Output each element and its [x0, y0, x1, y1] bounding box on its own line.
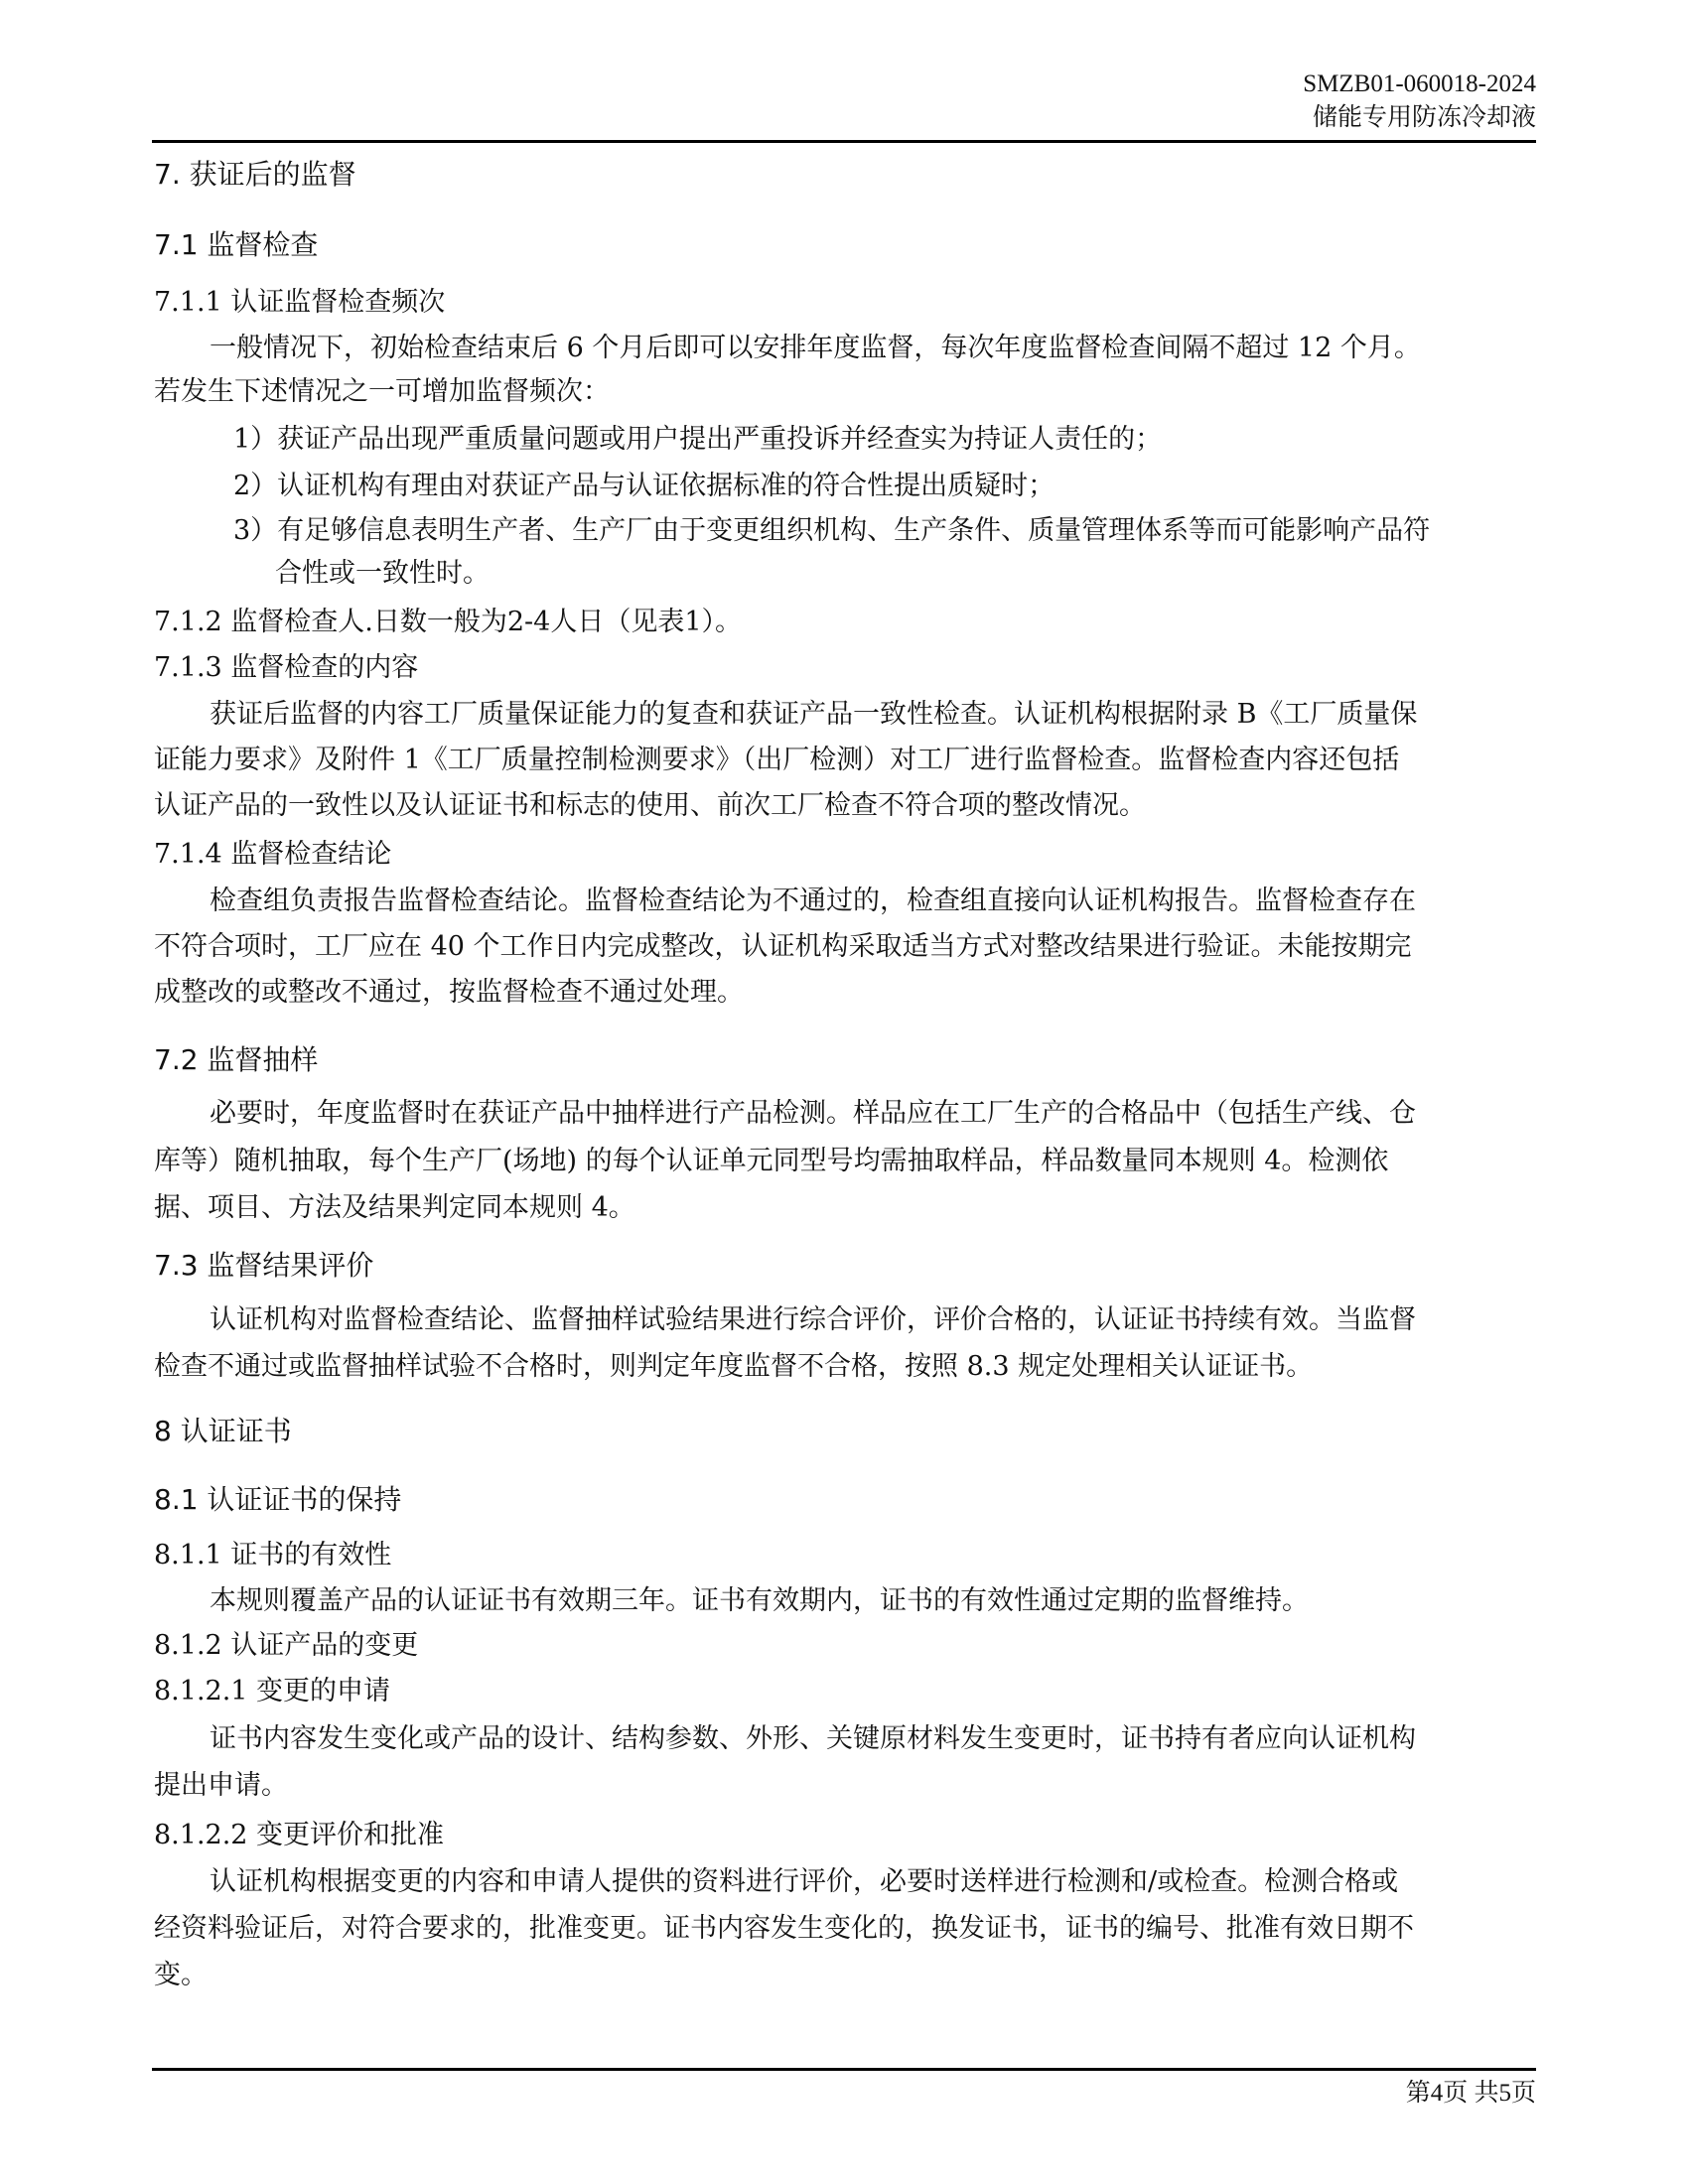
section-8-heading: 8 认证证书	[154, 1412, 292, 1451]
section-8-1-heading: 8.1 认证证书的保持	[154, 1480, 401, 1520]
header-rule	[152, 140, 1536, 143]
doc-title: 储能专用防冻冷却液	[1303, 101, 1536, 135]
paragraph-line: 证能力要求》及附件 1《工厂质量控制检测要求》（出厂检测）对工厂进行监督检查。监…	[154, 741, 1399, 780]
list-item-continuation: 合性或一致性时。	[275, 554, 490, 594]
paragraph: 一般情况下，初始检查结束后 6 个月后即可以安排年度监督，每次年度监督检查间隔不…	[210, 329, 1421, 368]
section-8-1-2-heading: 8.1.2 认证产品的变更	[154, 1626, 418, 1666]
section-7-3-heading: 7.3 监督结果评价	[154, 1246, 373, 1286]
list-item: 2）认证机构有理由对获证产品与认证依据标准的符合性提出质疑时；	[233, 467, 1055, 506]
paragraph-line: 认证机构根据变更的内容和申请人提供的资料进行评价，必要时送样进行检测和/或检查。…	[210, 1862, 1398, 1902]
list-item: 1）获证产品出现严重质量问题或用户提出严重投诉并经查实为持证人责任的；	[233, 420, 1162, 460]
section-8-1-1-heading: 8.1.1 证书的有效性	[154, 1536, 391, 1575]
section-7-1-4-heading: 7.1.4 监督检查结论	[154, 835, 391, 875]
paragraph-line: 提出申请。	[154, 1766, 288, 1806]
paragraph-line: 证书内容发生变化或产品的设计、结构参数、外形、关键原材料发生变更时，证书持有者应…	[210, 1719, 1416, 1759]
paragraph-line: 经资料验证后，对符合要求的，批准变更。证书内容发生变化的，换发证书，证书的编号、…	[154, 1909, 1414, 1949]
paragraph: 本规则覆盖产品的认证证书有效期三年。证书有效期内，证书的有效性通过定期的监督维持…	[210, 1581, 1309, 1621]
paragraph-line: 变。	[154, 1956, 208, 1995]
paragraph-line: 认证产品的一致性以及认证证书和标志的使用、前次工厂检查不符合项的整改情况。	[154, 786, 1146, 826]
section-8-1-2-1-heading: 8.1.2.1 变更的申请	[154, 1672, 390, 1711]
page-number: 第4页 共5页	[1406, 2073, 1536, 2109]
section-7-2-heading: 7.2 监督抽样	[154, 1040, 318, 1080]
paragraph-line: 检查不通过或监督抽样试验不合格时，则判定年度监督不合格，按照 8.3 规定处理相…	[154, 1347, 1313, 1387]
paragraph-line: 库等）随机抽取，每个生产厂(场地) 的每个认证单元同型号均需抽取样品，样品数量同…	[154, 1142, 1388, 1181]
paragraph-line: 认证机构对监督检查结论、监督抽样试验结果进行综合评价，评价合格的，认证证书持续有…	[210, 1300, 1416, 1340]
section-8-1-2-2-heading: 8.1.2.2 变更评价和批准	[154, 1816, 444, 1855]
running-header: SMZB01-060018-2024 储能专用防冻冷却液	[1303, 68, 1536, 135]
doc-code: SMZB01-060018-2024	[1303, 68, 1536, 101]
list-item: 3）有足够信息表明生产者、生产厂由于变更组织机构、生产条件、质量管理体系等而可能…	[233, 511, 1430, 551]
paragraph-line: 获证后监督的内容工厂质量保证能力的复查和获证产品一致性检查。认证机构根据附录 B…	[210, 695, 1417, 735]
paragraph-line: 不符合项时，工厂应在 40 个工作日内完成整改，认证机构采取适当方式对整改结果进…	[154, 927, 1412, 967]
section-7-1-2: 7.1.2 监督检查人.日数一般为2-4人日（见表1）。	[154, 603, 742, 642]
section-7-1-1-heading: 7.1.1 认证监督检查频次	[154, 283, 445, 323]
paragraph-line: 必要时，年度监督时在获证产品中抽样进行产品检测。样品应在工厂生产的合格品中（包括…	[210, 1094, 1416, 1134]
paragraph: 若发生下述情况之一可增加监督频次：	[154, 372, 610, 412]
section-7-1-heading: 7.1 监督检查	[154, 225, 318, 265]
footer-rule	[152, 2068, 1536, 2071]
paragraph-line: 检查组负责报告监督检查结论。监督检查结论为不通过的，检查组直接向认证机构报告。监…	[210, 882, 1416, 921]
section-7-heading: 7. 获证后的监督	[154, 155, 356, 195]
paragraph-line: 据、项目、方法及结果判定同本规则 4。	[154, 1188, 635, 1228]
paragraph-line: 成整改的或整改不通过，按监督检查不通过处理。	[154, 973, 744, 1013]
section-7-1-3-heading: 7.1.3 监督检查的内容	[154, 648, 418, 688]
